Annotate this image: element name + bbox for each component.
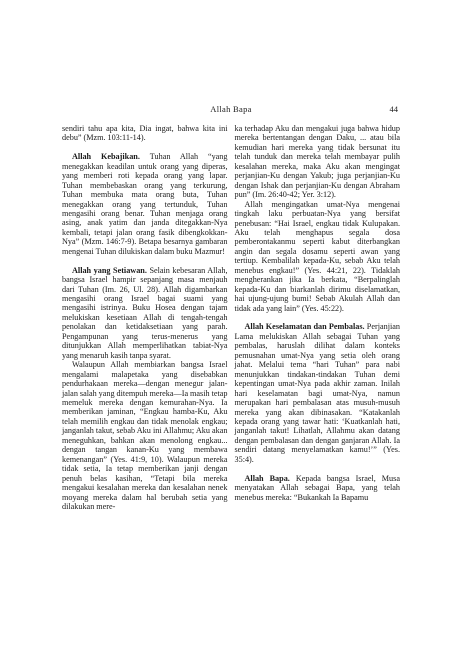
column-left: sendiri tahu apa kita, Dia ingat, bahwa … [62, 124, 228, 511]
paragraph: Allah mengingatkan umat-Nya mengenai tin… [235, 200, 401, 313]
paragraph: Walaupun Allah membiarkan bangsa Israel … [62, 360, 228, 511]
run-in-heading: Allah Bapa. [245, 474, 296, 483]
run-in-heading: Allah Kebajikan. [72, 152, 150, 161]
book-page: Allah Bapa 44 sendiri tahu apa kita, Dia… [0, 0, 460, 650]
run-in-heading: Allah yang Setiawan. [72, 266, 149, 275]
running-head-title: Allah Bapa [62, 104, 400, 114]
paragraph: sendiri tahu apa kita, Dia ingat, bahwa … [62, 124, 228, 143]
column-right: ka terhadap Aku dan mengakui juga bahwa … [235, 124, 401, 511]
paragraph: Allah Keselamatan dan Pembalas. Perjanji… [235, 322, 401, 464]
paragraph: Allah Kebajikan. Tuhan Allah “yang meneg… [62, 152, 228, 256]
text-columns: sendiri tahu apa kita, Dia ingat, bahwa … [62, 124, 400, 511]
run-in-heading: Allah Keselamatan dan Pembalas. [245, 322, 367, 331]
paragraph: Allah Bapa. Kepada bangsa Israel, Musa m… [235, 474, 401, 502]
paragraph: ka terhadap Aku dan mengakui juga bahwa … [235, 124, 401, 200]
page-number: 44 [390, 104, 399, 114]
running-header: Allah Bapa 44 [62, 104, 400, 116]
paragraph: Allah yang Setiawan. Selain kebesaran Al… [62, 266, 228, 361]
